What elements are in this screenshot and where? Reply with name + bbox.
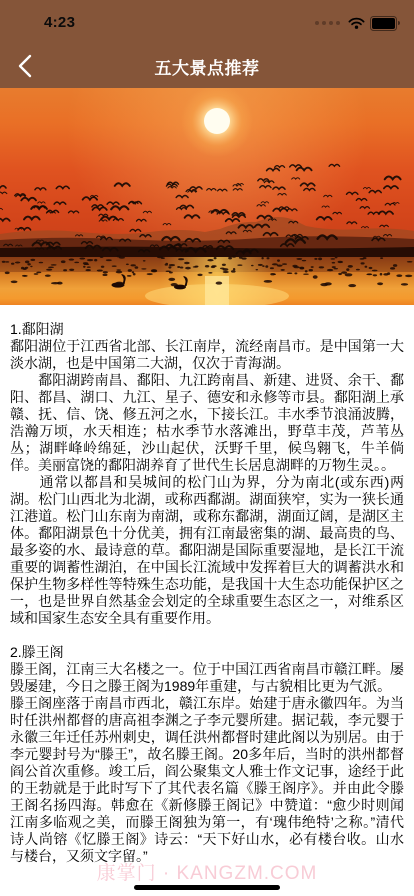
page-title: 五大景点推荐 bbox=[155, 54, 260, 79]
hero-photo bbox=[0, 88, 414, 305]
wifi-icon bbox=[348, 17, 365, 29]
status-icons bbox=[315, 16, 400, 31]
sun bbox=[181, 88, 253, 157]
paragraph: 鄱阳湖位于江西省北部、长江南岸，流经南昌市。是中国第一大淡水湖，也是中国第二大湖… bbox=[10, 338, 404, 372]
article-body: 1.鄱阳湖 鄱阳湖位于江西省北部、长江南岸，流经南昌市。是中国第一大淡水湖，也是… bbox=[0, 305, 414, 896]
home-indicator[interactable] bbox=[134, 885, 280, 890]
paragraph: 滕王阁座落于南昌市西北，赣江东岸。始建于唐永徽四年。为当时任洪州都督的唐高祖李渊… bbox=[10, 695, 404, 865]
paragraph: 鄱阳湖跨南昌、鄱阳、九江跨南昌、新建、进贤、余干、鄱阳、都昌、湖口、九江、星子、… bbox=[10, 372, 404, 474]
back-button[interactable] bbox=[6, 48, 44, 86]
hero-shoreline bbox=[0, 247, 414, 257]
header: 4:23 五大景点推荐 bbox=[0, 0, 414, 88]
battery-icon bbox=[370, 16, 400, 31]
section-heading: 2.滕王阁 bbox=[10, 644, 404, 661]
hero-image bbox=[0, 88, 414, 305]
section-tengwang-pavilion: 2.滕王阁 滕王阁，江南三大名楼之一。位于中国江西省南昌市赣江畔。屡毁屡建，今日… bbox=[10, 644, 404, 865]
nav-bar: 五大景点推荐 bbox=[0, 44, 414, 88]
paragraph: 滕王阁，江南三大名楼之一。位于中国江西省南昌市赣江畔。屡毁屡建，今日之滕王阁为1… bbox=[10, 661, 404, 695]
status-time: 4:23 bbox=[30, 14, 75, 31]
section-heading: 1.鄱阳湖 bbox=[10, 321, 404, 338]
cellular-dots-icon bbox=[315, 21, 340, 25]
section-poyang-lake: 1.鄱阳湖 鄱阳湖位于江西省北部、长江南岸，流经南昌市。是中国第一大淡水湖，也是… bbox=[10, 321, 404, 627]
chevron-left-icon bbox=[18, 54, 32, 78]
app-screen: 4:23 五大景点推荐 bbox=[0, 0, 414, 896]
paragraph: 通常以都昌和吴城间的松门山为界，分为南北(或东西)两湖。松门山西北为北湖，或称西… bbox=[10, 474, 404, 627]
status-bar: 4:23 bbox=[0, 0, 414, 44]
